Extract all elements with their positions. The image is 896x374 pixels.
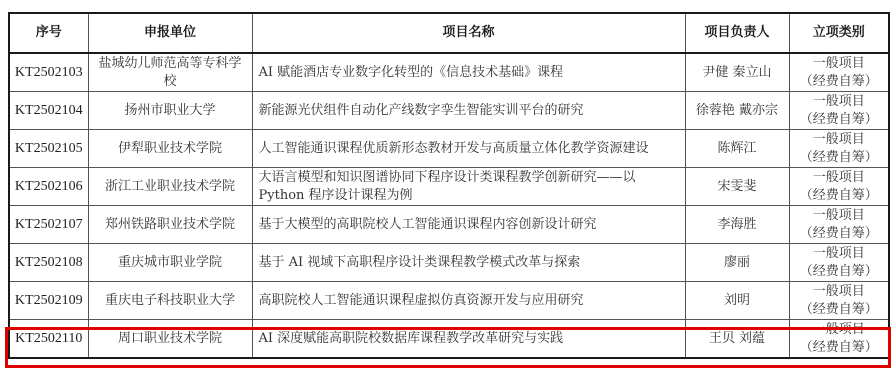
category-line1: 一般项目 <box>790 207 889 225</box>
header-title: 项目名称 <box>252 13 685 53</box>
table-header-row: 序号 申报单位 项目名称 项目负责人 立项类别 <box>9 13 889 53</box>
cell-unit: 盐城幼儿师范高等专科学校 <box>88 53 252 92</box>
cell-leader: 刘明 <box>685 282 789 320</box>
cell-leader: 陈辉江 <box>685 130 789 168</box>
category-line2: （经费自筹） <box>790 263 889 281</box>
cell-category: 一般项目 （经费自筹） <box>789 168 889 206</box>
cell-unit: 重庆电子科技职业大学 <box>88 282 252 320</box>
cell-category: 一般项目 （经费自筹） <box>789 53 889 92</box>
table-row: KT2502104 扬州市职业大学 新能源光伏组件自动化产线数字孪生智能实训平台… <box>9 92 889 130</box>
category-line1: 一般项目 <box>790 93 889 111</box>
cell-unit: 郑州铁路职业技术学院 <box>88 206 252 244</box>
category-line2: （经费自筹） <box>790 73 889 91</box>
table-row: KT2502107 郑州铁路职业技术学院 基于大模型的高职院校人工智能通识课程内… <box>9 206 889 244</box>
category-line2: （经费自筹） <box>790 301 889 319</box>
cell-category: 一般项目 （经费自筹） <box>789 130 889 168</box>
cell-leader: 李海胜 <box>685 206 789 244</box>
table-row: KT2502108 重庆城市职业学院 基于 AI 视域下高职程序设计类课程教学模… <box>9 244 889 282</box>
category-line1: 一般项目 <box>790 131 889 149</box>
category-line1: 一般项目 <box>790 55 889 73</box>
category-line2: （经费自筹） <box>790 187 889 205</box>
cell-code: KT2502109 <box>9 282 88 320</box>
category-line1: 一般项目 <box>790 245 889 263</box>
table-row: KT2502105 伊犁职业技术学院 人工智能通识课程优质新形态教材开发与高质量… <box>9 130 889 168</box>
cell-leader: 徐蓉艳 戴亦宗 <box>685 92 789 130</box>
cell-code: KT2502105 <box>9 130 88 168</box>
category-line2: （经费自筹） <box>790 111 889 129</box>
cell-category: 一般项目 （经费自筹） <box>789 244 889 282</box>
cell-unit: 周口职业技术学院 <box>88 320 252 359</box>
cell-leader: 宋雯斐 <box>685 168 789 206</box>
cell-title: 基于大模型的高职院校人工智能通识课程内容创新设计研究 <box>252 206 685 244</box>
cell-code: KT2502108 <box>9 244 88 282</box>
category-line1: 一般项目 <box>790 283 889 301</box>
table-row-highlighted: KT2502110 周口职业技术学院 AI 深度赋能高职院校数据库课程教学改革研… <box>9 320 889 359</box>
cell-code: KT2502104 <box>9 92 88 130</box>
cell-title: 基于 AI 视域下高职程序设计类课程教学模式改革与探索 <box>252 244 685 282</box>
cell-leader: 廖丽 <box>685 244 789 282</box>
category-line2: （经费自筹） <box>790 149 889 167</box>
cell-leader: 尹健 秦立山 <box>685 53 789 92</box>
cell-title: 人工智能通识课程优质新形态教材开发与高质量立体化教学资源建设 <box>252 130 685 168</box>
header-code: 序号 <box>9 13 88 53</box>
cell-title: AI 赋能酒店专业数字化转型的《信息技术基础》课程 <box>252 53 685 92</box>
cell-unit: 浙江工业职业技术学院 <box>88 168 252 206</box>
cell-category: 一般项目 （经费自筹） <box>789 282 889 320</box>
cell-code: KT2502103 <box>9 53 88 92</box>
project-list-table-container: 序号 申报单位 项目名称 项目负责人 立项类别 KT2502103 盐城幼儿师范… <box>8 12 888 359</box>
cell-category: 一般项目 （经费自筹） <box>789 206 889 244</box>
category-line2: （经费自筹） <box>790 339 889 357</box>
header-category: 立项类别 <box>789 13 889 53</box>
cell-code: KT2502107 <box>9 206 88 244</box>
table-row: KT2502109 重庆电子科技职业大学 高职院校人工智能通识课程虚拟仿真资源开… <box>9 282 889 320</box>
category-line2: （经费自筹） <box>790 225 889 243</box>
header-leader: 项目负责人 <box>685 13 789 53</box>
cell-title: 新能源光伏组件自动化产线数字孪生智能实训平台的研究 <box>252 92 685 130</box>
cell-unit: 扬州市职业大学 <box>88 92 252 130</box>
cell-unit: 伊犁职业技术学院 <box>88 130 252 168</box>
cell-title: 高职院校人工智能通识课程虚拟仿真资源开发与应用研究 <box>252 282 685 320</box>
cell-leader: 王贝 刘蕴 <box>685 320 789 359</box>
header-unit: 申报单位 <box>88 13 252 53</box>
cell-title: AI 深度赋能高职院校数据库课程教学改革研究与实践 <box>252 320 685 359</box>
project-list-table: 序号 申报单位 项目名称 项目负责人 立项类别 KT2502103 盐城幼儿师范… <box>8 12 890 359</box>
table-row: KT2502106 浙江工业职业技术学院 大语言模型和知识图谱协同下程序设计类课… <box>9 168 889 206</box>
cell-category: 一般项目 （经费自筹） <box>789 320 889 359</box>
cell-code: KT2502110 <box>9 320 88 359</box>
cell-category: 一般项目 （经费自筹） <box>789 92 889 130</box>
category-line1: 一般项目 <box>790 169 889 187</box>
cell-title: 大语言模型和知识图谱协同下程序设计类课程教学创新研究——以 Python 程序设… <box>252 168 685 206</box>
cell-unit: 重庆城市职业学院 <box>88 244 252 282</box>
cell-code: KT2502106 <box>9 168 88 206</box>
table-row: KT2502103 盐城幼儿师范高等专科学校 AI 赋能酒店专业数字化转型的《信… <box>9 53 889 92</box>
category-line1: 一般项目 <box>790 321 889 339</box>
